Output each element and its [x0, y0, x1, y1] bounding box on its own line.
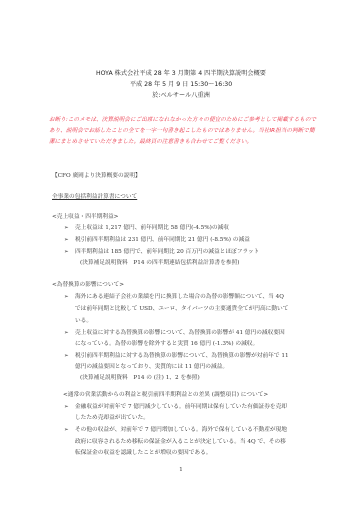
bullet-arrow-icon: ➢: [64, 248, 69, 256]
section-title: 【CFO 廣岡より決算概要の説明】: [52, 172, 141, 180]
document-venue: 於:ベルサール八重洲: [0, 91, 362, 101]
bullet-text-continued: (決算補足説明資料 P14 の (注) 1、2 を参照): [80, 374, 200, 382]
block-heading-fx: <為替換算の影響について>: [52, 281, 124, 289]
block-heading-adjustments: <通常の営業活動からの利益と税引前四半期利益との差異 (調整項目) について>: [63, 391, 268, 399]
bullet-arrow-icon: ➢: [64, 236, 69, 244]
document-datetime: 平成 28 年 5 月 9 日 15:30〜16:30: [0, 80, 362, 90]
document-page: HOYA 株式会社平成 28 年 3 月期第 4 四半期決算説明会概要 平成 2…: [0, 0, 362, 512]
bullet-text-continued: 政府に収容されるため移転の保証金が入ることが決定している。当 4Q で、その移: [75, 438, 286, 446]
document-title: HOYA 株式会社平成 28 年 3 月期第 4 四半期決算説明会概要: [0, 69, 362, 79]
bullet-text: その他の収益が、対前年で 7 億円増加している。海外で保有している不動産が現地: [75, 426, 287, 434]
bullet-arrow-icon: ➢: [64, 329, 69, 337]
block-heading-revenue: <売上収益・四半期利益>: [52, 213, 118, 221]
bullet-arrow-icon: ➢: [64, 224, 69, 232]
bullet-text-continued: になっている。為替の影響を除外すると実質 16 億円 (-1.3%) の減収。: [75, 340, 258, 348]
bullet-text-continued: (決算補足説明資料 P14 の四半期連結包括利益計算書を参照): [80, 259, 240, 267]
bullet-text-continued: 転保証金の収益を認識したことが増収の要因である。: [75, 449, 212, 457]
subsection-title: 全事業の包括利益計算書について: [52, 193, 137, 201]
bullet-arrow-icon: ➢: [64, 293, 69, 301]
bullet-text: 四半期利益は 185 億円で、前年同期比 20 百万円の減益とほぼフラット: [75, 248, 259, 256]
bullet-arrow-icon: ➢: [64, 403, 69, 411]
bullet-text-continued: では前年同期と比較して USD、ユーロ、タイバーツの主要通貨全てが円高に動いて: [75, 305, 288, 313]
page-number: 1: [0, 467, 362, 473]
bullet-arrow-icon: ➢: [64, 426, 69, 434]
bullet-arrow-icon: ➢: [64, 352, 69, 360]
bullet-text-continued: いる。: [75, 317, 92, 325]
bullet-text-continued: 億円の減益要因となっており、実質的には 11 億円の減益。: [75, 363, 228, 371]
bullet-text: 金融収益が対前年で 7 億円減少している。前年同期は保有していた有価証券を売却: [75, 403, 287, 411]
bullet-text: 税引前四半期利益に対する為替換算の影響について、為替換算の影響が対前年で 11: [75, 352, 289, 360]
bullet-text: 税引前四半期利益は 231 億円、前年同期比 21 億円 (-8.5%) の減益: [75, 236, 250, 244]
disclaimer-notice: お断り:このメモは、決算説明会にご出席になれなかった方々の便宜のためにご参考とし…: [49, 115, 319, 148]
bullet-text: 売上収益は 1,217 億円、前年同期比 58 億円(-4.5%)の減収: [75, 224, 229, 232]
bullet-text-continued: したため売却益が出ていた。: [75, 414, 149, 422]
bullet-text: 売上収益に対する為替換算の影響について、為替換算の影響が 41 億円の減収要因: [75, 329, 285, 337]
bullet-text: 海外にある連結子会社の業績を円に換算した場合の為替の影響額について、当 4Q: [75, 293, 284, 301]
